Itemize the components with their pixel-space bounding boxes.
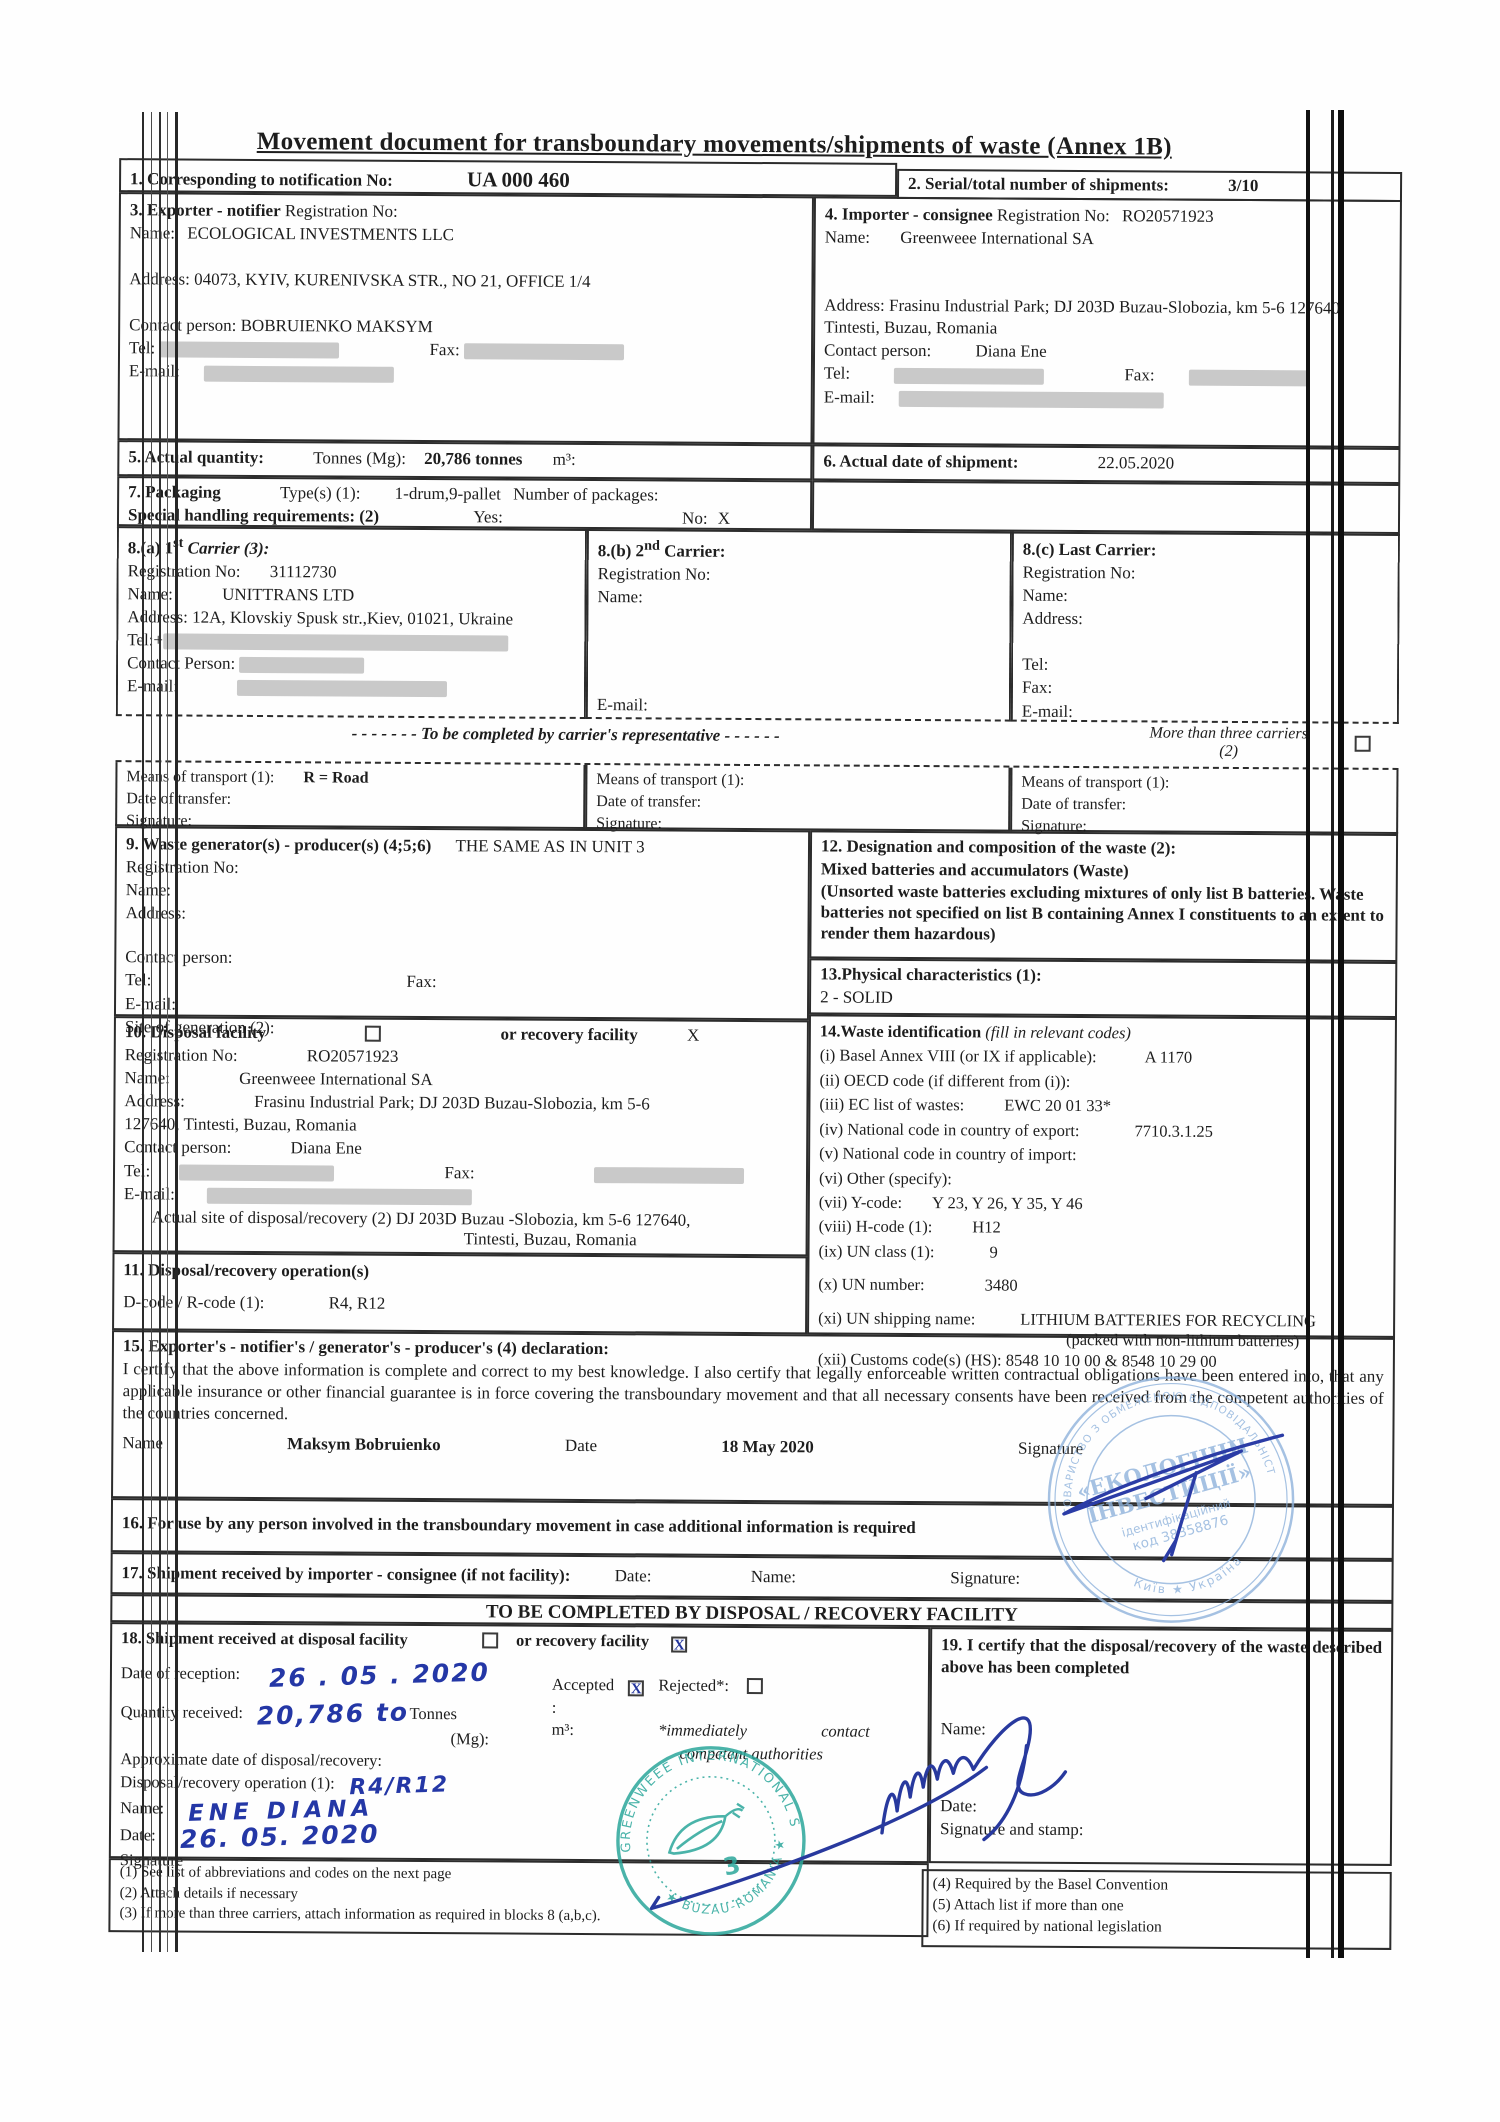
section-10-box: 10. Disposal facility or recovery facili… (113, 1016, 809, 1256)
declaration-date: 18 May 2020 (721, 1437, 814, 1457)
s10-fax-label: Fax: (444, 1163, 474, 1182)
s18-accept-block: Accepted X Rejected*: : m³: *immediately… (551, 1673, 912, 1767)
section-9-box: 9. Waste generator(s) - producer(s) (4;5… (114, 826, 810, 1020)
s5-m3-label: m³: (553, 450, 576, 469)
s18-header: 18. Shipment received at disposal facili… (121, 1628, 408, 1649)
s9-header: 9. Waste generator(s) - producer(s) (4;5… (126, 834, 431, 855)
means-label: Means of transport (1): (596, 771, 744, 789)
s15-name-label: Name (122, 1434, 163, 1453)
s8c-addr-label: Address: (1022, 609, 1083, 628)
redaction-bar (179, 1164, 334, 1181)
s18-accepted-label: Accepted (552, 1675, 614, 1694)
s9-email-label: E-mail: (125, 994, 176, 1013)
section-12-box: 12. Designation and composition of the w… (809, 830, 1398, 962)
redaction-bar (159, 342, 339, 359)
disposal-facility-checkbox-18 (482, 1632, 498, 1648)
more-carriers-checkbox (1355, 736, 1371, 752)
s17-name-label: Name: (751, 1567, 796, 1586)
section-6-box: 6. Actual date of shipment: 22.05.2020 (812, 444, 1400, 484)
recovery-facility-checkbox-18: X (671, 1637, 687, 1653)
s3-tel-label: Tel: (129, 339, 155, 358)
s18-imm-1b: contact (821, 1722, 870, 1741)
s8a-contact-label: Contact Person: (127, 653, 235, 673)
s18-imm-1a: *immediately (658, 1721, 747, 1741)
s4-contact-label: Contact person: (824, 341, 931, 361)
handwritten-reception-date: 26 . 05 . 2020 (269, 1660, 491, 1691)
s7-num-label: Number of packages: (513, 485, 659, 505)
section-8c-box: 8.(c) Last Carrier: Registration No: Nam… (1011, 532, 1400, 724)
handwritten-date: 26. 05. 2020 (179, 1821, 379, 1852)
y-codes: Y 23, Y 26, Y 35, Y 46 (932, 1193, 1083, 1213)
carrier-note-strip: - - - - - - - To be completed by carrier… (116, 716, 1399, 770)
s9-tel-label: Tel: (125, 971, 151, 990)
s18-date-label: Date: (120, 1825, 156, 1844)
s5-label: 5. Actual quantity: (128, 447, 264, 467)
recovery-facility-x: X (674, 1638, 685, 1654)
s8c-tel-label: Tel: (1022, 655, 1048, 674)
s18-colon: : (552, 1697, 912, 1721)
rejected-checkbox (747, 1678, 763, 1694)
actual-site-2: Tintesti, Buzau, Romania (464, 1228, 797, 1252)
footnote: (6) If required by national legislation (932, 1916, 1380, 1939)
s18-name-label: Name: (120, 1798, 164, 1817)
s14-item-label: (ii) OECD code (if different from (i)): (820, 1070, 1071, 1091)
s6-label: 6. Actual date of shipment: (823, 451, 1018, 471)
waste-designation-1: Mixed batteries and accumulators (Waste) (821, 859, 1387, 885)
s14-item-label: (ix) UN class (1): (818, 1241, 934, 1261)
s4-addr-label: Address: (824, 296, 885, 315)
s8b-name-label: Name: (597, 587, 642, 606)
facility-contact: Diana Ene (291, 1139, 362, 1158)
s5-tonnes-label: Tonnes (Mg): (313, 448, 406, 468)
s4-email-label: E-mail: (824, 387, 875, 406)
notification-number: UA 000 460 (467, 167, 570, 192)
s18-op-label: Disposal/recovery operation (1): (120, 1772, 335, 1792)
s10-header: 10. Disposal facility (125, 1022, 266, 1042)
s8c-email-label: E-mail: (1022, 701, 1073, 720)
s9-name-label: Name: (126, 880, 171, 899)
s8c-fax-label: Fax: (1022, 678, 1052, 697)
s18-qty-label: Quantity received: (121, 1702, 243, 1722)
s18-tonnes-label: Tonnes (409, 1704, 457, 1723)
transport-cell-3: Means of transport (1): Date of transfer… (1010, 768, 1398, 834)
s15-sig-label: Signature (1018, 1439, 1083, 1458)
s19-name-label: Name: (941, 1718, 1382, 1743)
actual-site-1: DJ 203D Buzau -Slobozia, km 5-6 127640, (396, 1209, 691, 1230)
transfer-date-label: Date of transfer: (1021, 795, 1126, 813)
banner-text: TO BE COMPLETED BY DISPOSAL / RECOVERY F… (486, 1601, 1018, 1625)
s8b-reg-label: Registration No: (598, 564, 711, 584)
s10-name-label: Name: (125, 1068, 170, 1087)
redaction-bar (1189, 369, 1309, 386)
section-4-box: 4. Importer - consignee Registration No:… (812, 196, 1402, 448)
section-3-box: 3. Exporter - notifier Registration No: … (117, 192, 814, 444)
s14-item-label: (iii) EC list of wastes: (819, 1095, 964, 1115)
s14-item-label: (viii) H-code (1): (819, 1217, 933, 1237)
footnote: (3) If more than three carriers, attach … (119, 1904, 917, 1928)
section-15-box: 15. Exporter's - notifier's / generator'… (111, 1330, 1395, 1506)
s8a-header: 8.(a) 1st Carrier (3): (128, 538, 270, 558)
s18-m3-label: m³: (552, 1720, 574, 1739)
un-shipping-name: LITHIUM BATTERIES FOR RECYCLING (1020, 1309, 1316, 1330)
carrier1-reg-no: 31112730 (270, 562, 337, 581)
s4-fax-label: Fax: (1124, 366, 1154, 385)
s10-email-label: E-mail: (124, 1184, 175, 1203)
importer-address: Frasinu Industrial Park; DJ 203D Buzau-S… (824, 296, 1344, 338)
actual-quantity: 20,786 tonnes (424, 449, 522, 469)
s3-reg-label: Registration No: (285, 201, 398, 221)
s18-rejected-label: Rejected*: (658, 1675, 729, 1694)
transport-cell-2: Means of transport (1): Date of transfer… (585, 765, 1010, 832)
disposal-facility-checkbox (365, 1026, 381, 1042)
s8c-reg-label: Registration No: (1023, 563, 1136, 583)
s8a-email-label: E-mail: (127, 676, 178, 695)
s10-addr-label: Address: (124, 1091, 185, 1110)
section-16-box: 16. For use by any person involved in th… (111, 1498, 1394, 1560)
s19-sig-label: Signature and stamp: (940, 1819, 1381, 1844)
s7-no-mark: X (718, 509, 730, 528)
redaction-bar (237, 680, 447, 697)
redaction-bar (204, 365, 394, 382)
footnote: (4) Required by the Basel Convention (933, 1874, 1381, 1897)
s7-types-label: Type(s) (1): (280, 483, 361, 502)
s1-label: 1. Corresponding to notification No: (130, 169, 393, 190)
section-6-spacer-box (812, 480, 1400, 534)
accepted-checkbox: X (628, 1680, 644, 1696)
un-class: 9 (989, 1242, 997, 1261)
s19-date-label: Date: (940, 1795, 1381, 1820)
s10-reg-label: Registration No: (125, 1045, 238, 1065)
section-18-box: 18. Shipment received at disposal facili… (109, 1622, 930, 1863)
dr-codes: R4, R12 (329, 1294, 386, 1313)
s8c-name-label: Name: (1022, 586, 1067, 605)
carrier-note: - - - - - - - To be completed by carrier… (116, 722, 1016, 747)
s3-email-label: E-mail: (129, 362, 180, 381)
packaging-types: 1-drum,9-pallet (395, 484, 501, 504)
s9-reg-label: Registration No: (126, 857, 239, 877)
s8b-header: 8.(b) 2nd Carrier: (598, 541, 726, 561)
un-number: 3480 (985, 1276, 1018, 1295)
s4-reg-label: Registration No: (997, 205, 1110, 225)
waste-designation-2: (Unsorted waste batteries excluding mixt… (820, 882, 1386, 948)
declarant-name: Maksym Bobruienko (287, 1435, 441, 1455)
s14-header: 14.Waste identification (820, 1021, 981, 1041)
s2-label: 2. Serial/total number of shipments: (908, 174, 1169, 195)
redaction-bar (464, 344, 624, 361)
s4-name-label: Name: (825, 228, 870, 247)
s14-item-label: (xi) UN shipping name: (818, 1308, 975, 1328)
carrier1-address: 12A, Klovskiy Spusk str.,Kiev, 01021, Uk… (192, 608, 513, 629)
facility-reg-no: RO20571923 (307, 1046, 399, 1066)
importer-contact: Diana Ene (975, 342, 1046, 361)
s9-addr-label: Address: (126, 903, 187, 922)
physical-characteristics: 2 - SOLID (820, 987, 1386, 1013)
s8b-email-label: E-mail: (597, 695, 648, 714)
redaction-bar (894, 367, 1044, 384)
s4-tel-label: Tel: (824, 364, 850, 383)
exporter-address: 04073, KYIV, KURENIVSKA STR., NO 21, OFF… (194, 270, 590, 291)
redaction-bar (163, 634, 508, 652)
redaction-bar (239, 657, 364, 674)
footnotes-left-box: (1) See list of abbreviations and codes … (108, 1858, 928, 1937)
s8a-name-label: Name: (127, 584, 172, 603)
s12-header: 12. Designation and composition of the w… (821, 835, 1387, 861)
transfer-date-label: Date of transfer: (126, 790, 231, 808)
section-7-box: 7. Packaging Type(s) (1): 1-drum,9-palle… (117, 476, 812, 530)
s19-header: 19. I certify that the disposal/recovery… (941, 1634, 1382, 1681)
shipment-date: 22.05.2020 (1098, 453, 1175, 472)
redaction-bar (899, 391, 1164, 409)
means-label: Means of transport (1): (126, 768, 274, 786)
s14-item-label: (x) UN number: (818, 1275, 924, 1295)
s17-sig-label: Signature: (950, 1568, 1020, 1587)
s3-name-label: Name: (130, 223, 175, 242)
facility-address: Frasinu Industrial Park; DJ 203D Buzau-S… (254, 1092, 650, 1113)
transport-cell-1: Means of transport (1): R = Road Date of… (115, 762, 585, 829)
s17-date-label: Date: (615, 1566, 652, 1585)
s3-contact-label: Contact person: (129, 315, 236, 335)
s7-no-label: No: (682, 509, 708, 528)
section-14-box: 14.Waste identification (fill in relevan… (807, 1014, 1397, 1338)
h-code: H12 (972, 1218, 1001, 1237)
s18-date-rec-label: Date of reception: (121, 1663, 240, 1683)
export-national-code: 7710.3.1.25 (1134, 1121, 1212, 1140)
exporter-name: ECOLOGICAL INVESTMENTS LLC (187, 224, 454, 245)
section-11-box: 11. Disposal/recovery operation(s) D-cod… (112, 1252, 807, 1334)
scanned-document-page: Movement document for transboundary move… (0, 0, 1500, 2122)
section-8a-box: 8.(a) 1st Carrier (3): Registration No: … (116, 526, 587, 719)
s11-header: 11. Disposal/recovery operation(s) (123, 1259, 796, 1285)
s9-fax-label: Fax: (406, 972, 436, 991)
facility-address-2: 127640, Tintesti, Buzau, Romania (124, 1114, 797, 1140)
facility-name: Greenweee International SA (239, 1069, 433, 1089)
carrier1-name: UNITTRANS LTD (222, 585, 354, 605)
s14-item-label: (i) Basel Annex VIII (or IX if applicabl… (820, 1046, 1097, 1067)
ec-list-code: EWC 20 01 33* (1004, 1096, 1111, 1116)
document-title: Movement document for transboundary move… (154, 127, 1274, 162)
s14-item-label: (v) National code in country of import: (819, 1144, 1077, 1165)
s3-fax-label: Fax: (429, 340, 459, 359)
s8a-addr-label: Address: (127, 607, 188, 626)
recovery-facility-mark: X (687, 1026, 699, 1045)
s4-header: 4. Importer - consignee (825, 204, 993, 224)
s14-header-note: (fill in relevant codes) (985, 1022, 1131, 1042)
s10-tel-label: Tel: (124, 1161, 150, 1180)
s14-item-label: (vi) Other (specify): (819, 1168, 952, 1188)
redaction-bar (207, 1187, 472, 1205)
s15-date-label: Date (565, 1436, 597, 1455)
document-sheet: Movement document for transboundary move… (0, 0, 1500, 2122)
accepted-x: X (631, 1681, 642, 1697)
basel-code: A 1170 (1145, 1048, 1193, 1067)
footnotes-right-box: (4) Required by the Basel Convention (5)… (921, 1869, 1391, 1950)
means-value: R = Road (303, 769, 368, 786)
s8c-header: 8.(c) Last Carrier: (1023, 540, 1157, 560)
s7-label: 7. Packaging (128, 482, 221, 502)
transfer-date-label: Date of transfer: (596, 793, 701, 811)
importer-name: Greenweee International SA (900, 228, 1094, 248)
s14-item-label: (iv) National code in country of export: (819, 1119, 1079, 1140)
s7-special-label: Special handling requirements: (2) (128, 505, 379, 526)
s10-or-label: or recovery facility (501, 1024, 638, 1044)
s11-code-label: D-code / R-code (1): (123, 1292, 264, 1312)
s16-header: 16. For use by any person involved in th… (122, 1513, 916, 1537)
more-than-three-carriers-label: More than three carriers(2) (1114, 724, 1344, 762)
s17-header: 17. Shipment received by importer - cons… (122, 1563, 571, 1585)
s14-item-label: (vii) Y-code: (819, 1192, 902, 1212)
section-8b-box: 8.(b) 2nd Carrier: Registration No: Name… (586, 529, 1012, 722)
section-1-box: 1. Corresponding to notification No: UA … (119, 158, 897, 197)
section-19-box: 19. I certify that the disposal/recovery… (929, 1627, 1393, 1866)
s10-contact-label: Contact person: (124, 1138, 231, 1158)
s13-header: 13.Physical characteristics (1): (820, 963, 1386, 989)
s8a-tel-label: Tel:+ (127, 630, 163, 649)
section-5-box: 5. Actual quantity: Tonnes (Mg): 20,786 … (117, 440, 812, 480)
s10-site-label: Actual site of disposal/recovery (2) (152, 1207, 392, 1227)
s7-yes-label: Yes: (473, 507, 503, 526)
s18-imm-2: competent authorities (679, 1742, 911, 1765)
importer-reg-no: RO20571923 (1122, 206, 1214, 226)
s3-addr-label: Address: (129, 269, 190, 288)
s8a-reg-label: Registration No: (128, 561, 241, 581)
means-label: Means of transport (1): (1021, 774, 1169, 792)
declaration-text: I certify that the above information is … (122, 1358, 1383, 1432)
shipment-serial: 3/10 (1228, 176, 1258, 195)
section-13-box: 13.Physical characteristics (1): 2 - SOL… (809, 958, 1397, 1018)
redaction-bar (594, 1167, 744, 1184)
exporter-contact: BOBRUIENKO MAKSYM (241, 316, 433, 336)
handwritten-quantity: 20,786 to (257, 1699, 410, 1728)
s9-contact-label: Contact person: (125, 948, 232, 968)
s3-header: 3. Exporter - notifier (130, 200, 281, 220)
s18-or-label: or recovery facility (516, 1631, 649, 1651)
s9-header-value: THE SAME AS IN UNIT 3 (456, 836, 645, 856)
footnote: (5) Attach list if more than one (932, 1895, 1380, 1918)
